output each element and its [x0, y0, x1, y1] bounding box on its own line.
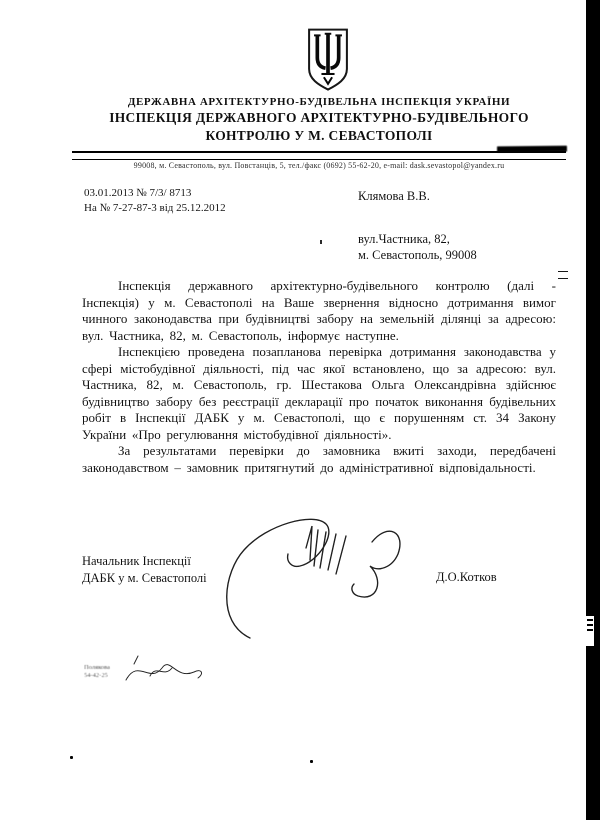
org-name-line1: ДЕРЖАВНА АРХІТЕКТУРНО-БУДІВЕЛЬНА ІНСПЕКЦ…: [72, 96, 566, 108]
body-paragraph-2: Інспекцією проведена позапланова перевір…: [82, 344, 556, 443]
outgoing-reference: 03.01.2013 № 7/3/ 8713: [84, 186, 226, 201]
scan-dot-artifact: [320, 240, 322, 244]
recipient-address-line1: вул.Частника, 82,: [358, 231, 477, 247]
recipient-address: вул.Частника, 82, м. Севастополь, 99008: [358, 231, 477, 263]
scan-speck-artifact: [70, 756, 73, 759]
header-divider: [72, 151, 566, 160]
body-paragraph-1: Інспекція державного архітектурно-будіве…: [82, 278, 556, 344]
scan-smudge-artifact: [497, 146, 567, 153]
recipient-name: Клямова В.В.: [358, 189, 430, 204]
contact-line: 99008, м. Севастополь, вул. Повстанців, …: [72, 161, 566, 170]
scan-edge-notch-artifact: [586, 616, 594, 646]
executor-initial-scribble: [120, 650, 210, 697]
letter-body: Інспекція державного архітектурно-будіве…: [82, 278, 556, 476]
body-paragraph-3: За результатами перевірки до замовника в…: [82, 443, 556, 476]
org-name-line2: ІНСПЕКЦІЯ ДЕРЖАВНОГО АРХІТЕКТУРНО-БУДІВЕ…: [72, 110, 566, 126]
executor-phone: 54-42-25: [84, 672, 110, 680]
ukraine-coat-of-arms-icon: [305, 27, 351, 93]
executor-name: Полякова: [84, 664, 110, 672]
scanned-letter-page: ДЕРЖАВНА АРХІТЕКТУРНО-БУДІВЕЛЬНА ІНСПЕКЦ…: [0, 0, 600, 820]
signer-position: Начальник Інспекції ДАБК у м. Севастопол…: [82, 553, 207, 587]
scan-speck-artifact: [310, 760, 313, 763]
signer-position-line1: Начальник Інспекції: [82, 553, 207, 570]
org-name-line3: КОНТРОЛЮ У М. СЕВАСТОПОЛІ: [72, 128, 566, 144]
signer-position-line2: ДАБК у м. Севастополі: [82, 570, 207, 587]
handwritten-signature: [222, 510, 412, 650]
executor-note: Полякова 54-42-25: [84, 664, 110, 680]
reference-block: 03.01.2013 № 7/3/ 8713 На № 7-27-87-3 ві…: [84, 186, 226, 216]
signer-name: Д.О.Котков: [436, 570, 497, 585]
letterhead: ДЕРЖАВНА АРХІТЕКТУРНО-БУДІВЕЛЬНА ІНСПЕКЦ…: [72, 96, 566, 144]
scan-mark-artifact: [558, 271, 568, 279]
recipient-address-line2: м. Севастополь, 99008: [358, 247, 477, 263]
incoming-reference: На № 7-27-87-3 від 25.12.2012: [84, 201, 226, 216]
scan-edge-artifact: [586, 0, 600, 820]
